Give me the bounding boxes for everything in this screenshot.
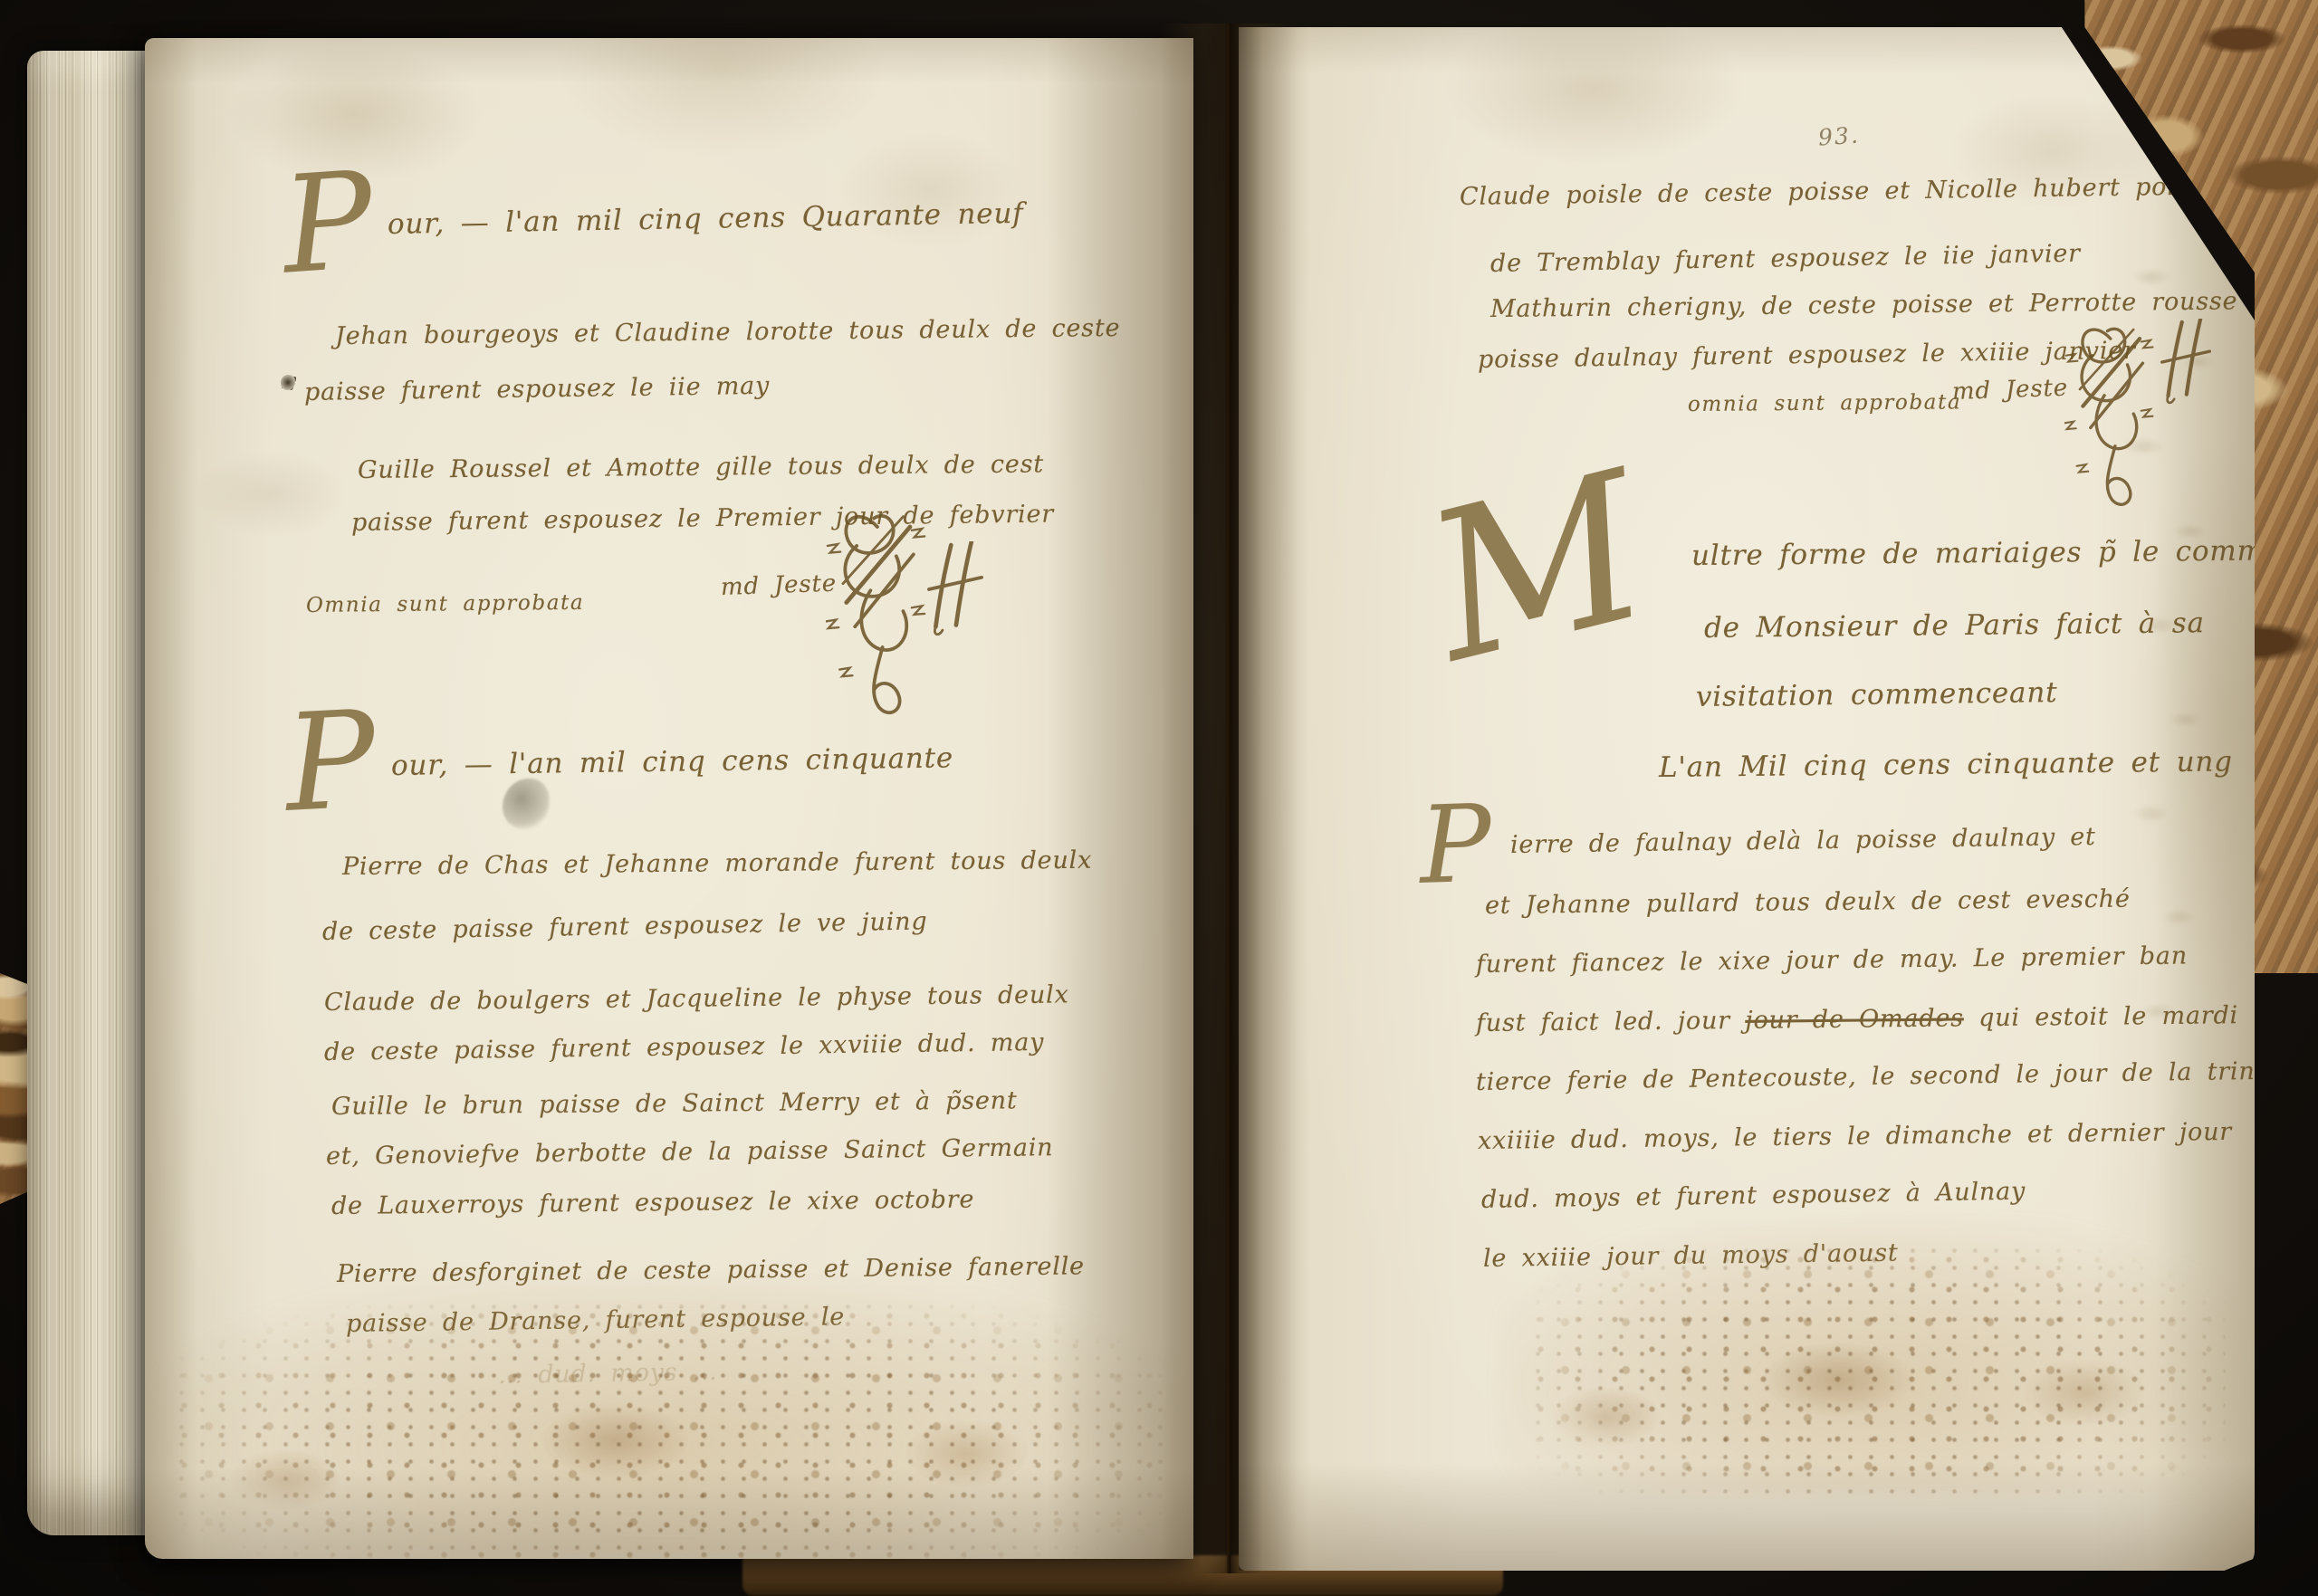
page-number: 93. [1817,121,1861,150]
manuscript-line: et, Genoviefve berbotte de la paisse Sai… [326,1133,1054,1171]
year-heading-line: our, — l'an mil cinq cens cinquante [391,741,954,782]
section-heading-line: visitation commenceant [1696,676,2058,713]
manuscript-line: Claude de boulgers et Jacqueline le phys… [324,980,1069,1017]
notary-paraph-icon [2064,295,2155,534]
year-heading-line: L'an Mil cinq cens cinquante et ung [1659,745,2233,784]
manuscript-line: paisse furent espousez le iie may [304,372,771,406]
decorated-initial: P [279,166,377,282]
approbation-note: Omnia sunt approbata [306,591,584,617]
manuscript-line: ierre de faulnay delà la poisse daulnay … [1510,823,2096,859]
struck-through-text: jour de Omades [1745,1004,1964,1035]
manuscript-line: Jehan bourgeoys et Claudine lorotte tous… [335,314,1121,350]
notary-signature: md Jeste [1951,375,2068,406]
manuscript-line: tierce ferie de Pentecouste, le second l… [1476,1056,2255,1096]
manuscript-line: Pierre de Chas et Jehanne morande furent… [342,846,1092,881]
manuscript-line: de Lauxerroys furent espousez le xixe oc… [331,1186,975,1220]
manuscript-line: fust faict led. jour jour de Omades qui … [1476,1001,2238,1037]
section-heading-line: de Monsieur de Paris faict à sa [1704,607,2205,645]
line-text: fust faict led. jour [1476,1007,1746,1037]
manuscript-line: Claude poisle de ceste poisse et Nicolle… [1460,172,2217,211]
left-page: P our, — l'an mil cinq cens Quarante neu… [145,38,1193,1559]
faded-text-line: … dud. moys … [498,1358,718,1390]
manuscript-line: de ceste paisse furent espousez le ve ju… [322,907,928,946]
manuscript-line: Pierre desforginet de ceste paisse et De… [337,1252,1085,1288]
page-stack-fore-edge [27,51,147,1535]
ink-blot [503,779,550,829]
manuscript-photo: P our, — l'an mil cinq cens Quarante neu… [0,0,2318,1596]
manuscript-line: de Tremblay furent espousez le iie janvi… [1490,240,2081,278]
decorated-initial: P [283,705,378,819]
notary-paraph-icon [826,480,927,744]
line-text: qui estoit le mardi [1964,1001,2239,1032]
ink-blot [281,375,295,390]
manuscript-line: de ceste paisse furent espousez le xxvii… [324,1028,1045,1066]
approbation-note: omnia sunt approbata [1688,390,1961,416]
manuscript-line: Guille le brun paisse de Sainct Merry et… [331,1086,1018,1121]
flourish-mark-icon [927,541,983,637]
manuscript-line: dud. moys et furent espousez à Aulnay [1481,1178,2026,1214]
flourish-mark-icon [2160,319,2211,406]
foxing-stains [163,1296,1168,1559]
manuscript-line: et Jehanne pullard tous deulx de cest ev… [1485,885,2131,920]
right-page: 93. Claude poisle de ceste poisse et Nic… [1239,27,2255,1571]
section-heading-line: ultre forme de mariaiges p̃ le commandem… [1691,533,2255,572]
manuscript-line: paisse de Dranse, furent espouse le [346,1303,845,1338]
decorated-initial: M [1416,462,1659,674]
manuscript-line: Guille Roussel et Amotte gille tous deul… [358,450,1044,484]
manuscript-line: le xxiiie jour du moys d'aoust [1483,1239,1899,1273]
foxing-stains [1519,1240,2226,1494]
manuscript-line: furent fiancez le xixe jour de may. Le p… [1476,941,2188,979]
manuscript-line: poisse daulnay furent espousez le xxiiie… [1478,337,2136,374]
notary-signature: md Jeste [720,570,837,601]
manuscript-line: paisse furent espousez le Premier jour d… [351,501,1054,537]
year-heading-line: our, — l'an mil cinq cens Quarante neuf [388,197,1024,241]
manuscript-line: xxiiiie dud. moys, le tiers le dimanche … [1478,1118,2232,1155]
decorated-initial: P [1418,799,1493,889]
